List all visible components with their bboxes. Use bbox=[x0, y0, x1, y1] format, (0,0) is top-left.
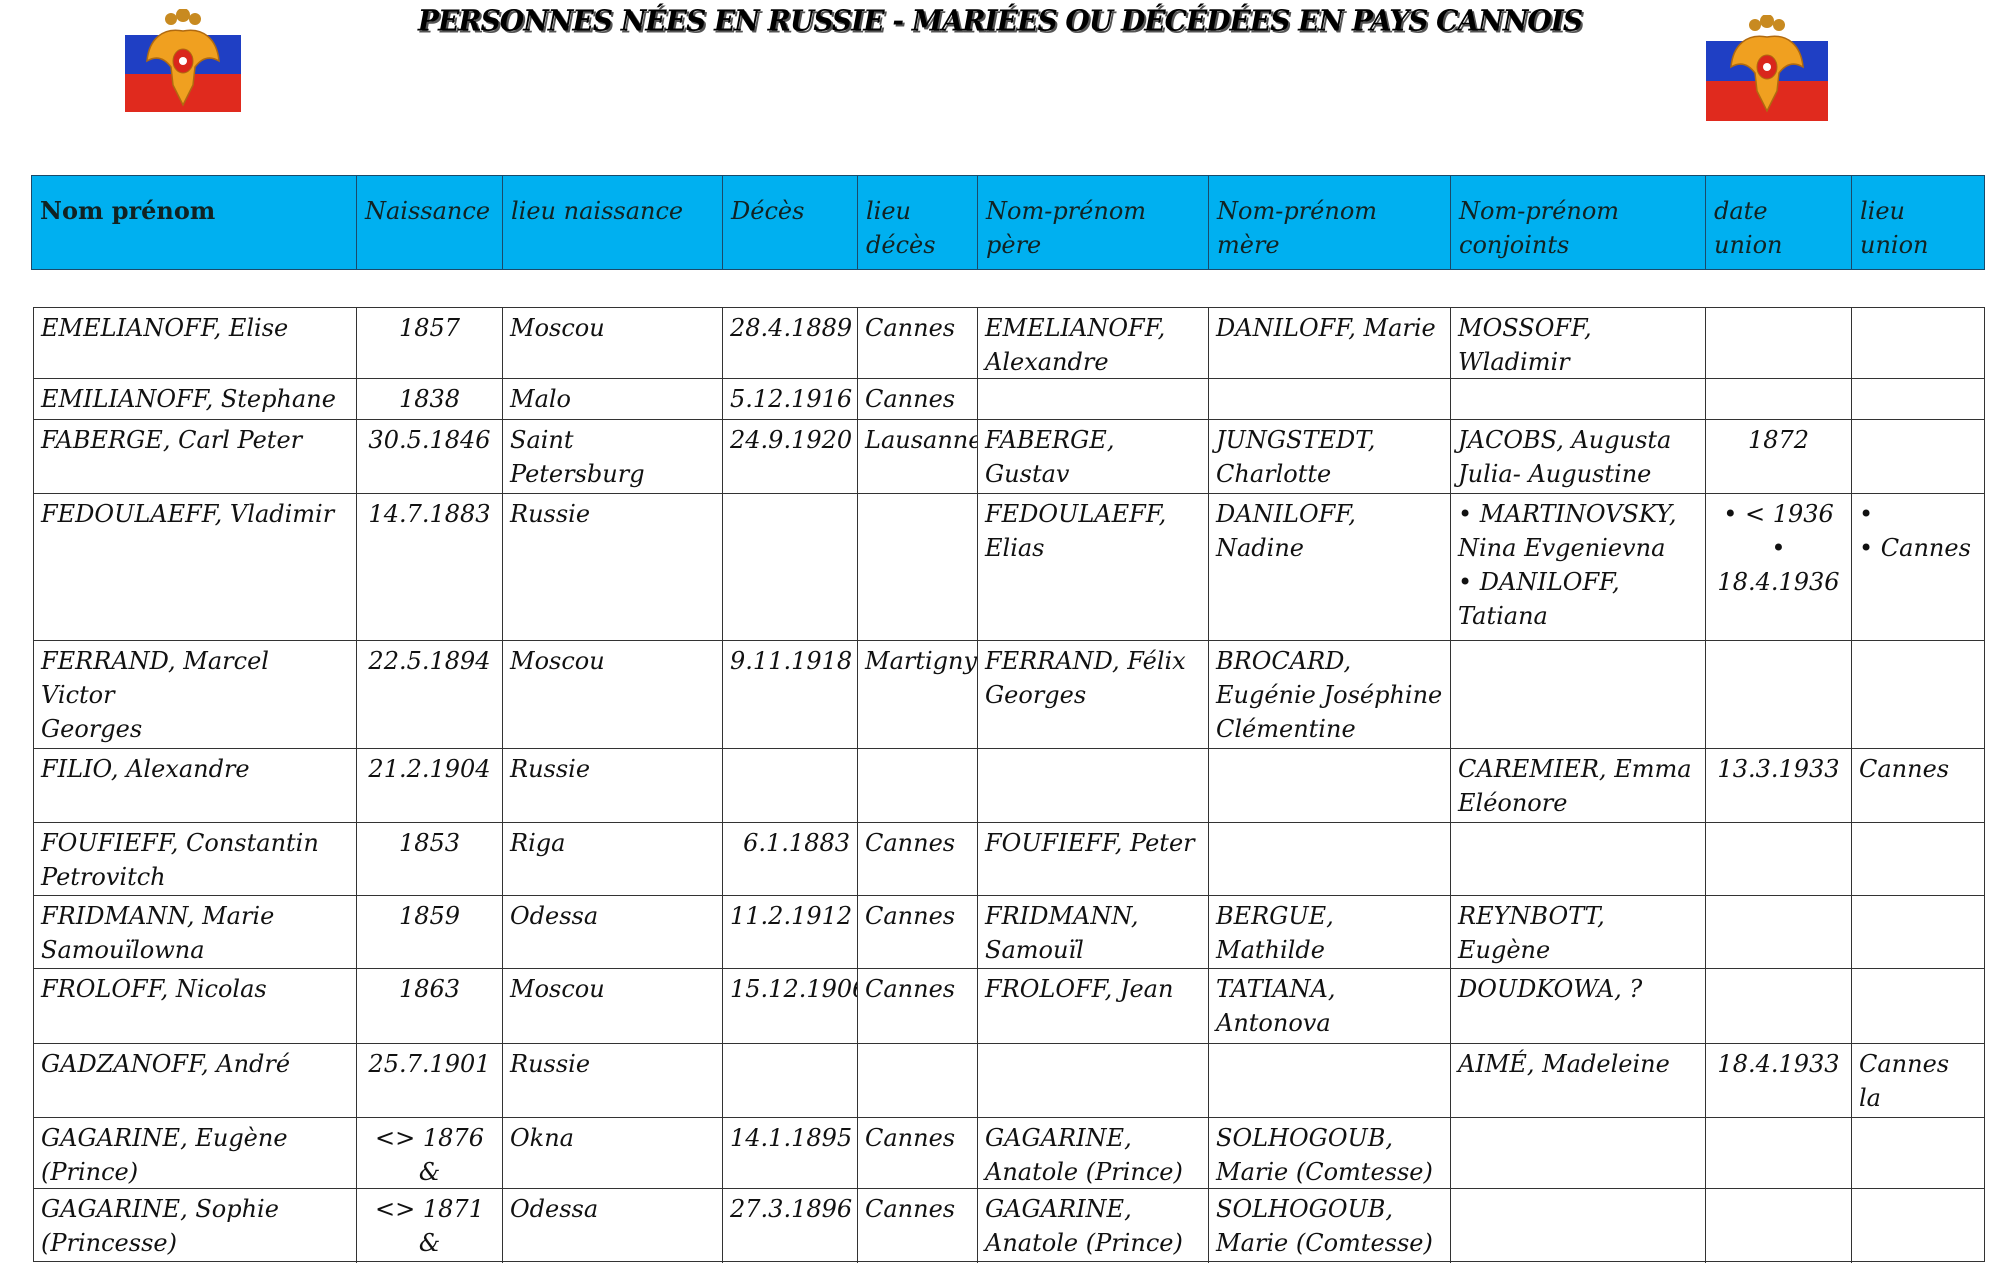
cell-lieu-naissance: Russie bbox=[503, 1044, 723, 1117]
cell-line: 1872 bbox=[1713, 423, 1844, 457]
cell-pere bbox=[978, 379, 1209, 419]
cell-lieu-deces: Cannes bbox=[858, 823, 978, 895]
cell-lieu-naissance: Russie bbox=[503, 749, 723, 822]
cell-lieu-naissance: Russie bbox=[503, 494, 723, 640]
cell-deces bbox=[723, 494, 858, 640]
cell-date-union: 13.3.1933 bbox=[1706, 749, 1852, 822]
cell-naissance: 1859 bbox=[357, 896, 503, 968]
cell-mere: DANILOFF, Nadine bbox=[1209, 494, 1451, 640]
cell-naissance: 25.7.1901 bbox=[357, 1044, 503, 1117]
table-row: EMILIANOFF, Stephane1838Malo Arkangelsck… bbox=[34, 379, 1984, 420]
cell-naissance: <> 1876 & 1877 bbox=[357, 1118, 503, 1188]
cell-nom: GAGARINE, Eugène (Prince) bbox=[34, 1118, 357, 1188]
cell-pere: FERRAND, Félix Georges bbox=[978, 641, 1209, 748]
cell-lieu-union bbox=[1852, 420, 1983, 493]
cell-mere: BROCARD, Eugénie Joséphine Clémentine bbox=[1209, 641, 1451, 748]
cell-line: REYNBOTT, Eugène bbox=[1458, 899, 1698, 967]
cell-nom: FOUFIEFF, Constantin Petrovitch bbox=[34, 823, 357, 895]
cell-conjoints: REYNBOTT, Eugène bbox=[1451, 896, 1706, 968]
cell-mere bbox=[1209, 379, 1451, 419]
cell-date-union bbox=[1706, 379, 1852, 419]
column-header-deces: Décès bbox=[723, 176, 858, 269]
cell-date-union bbox=[1706, 969, 1852, 1043]
cell-deces: 9.11.1918 bbox=[723, 641, 858, 748]
cell-mere: BERGUE, Mathilde bbox=[1209, 896, 1451, 968]
cell-naissance: 14.7.1883 bbox=[357, 494, 503, 640]
cell-mere: TATIANA, Antonova bbox=[1209, 969, 1451, 1043]
cell-line: • DANILOFF, Tatiana bbox=[1458, 565, 1698, 633]
cell-lieu-union bbox=[1852, 969, 1983, 1043]
cell-lieu-deces: Martigny bbox=[858, 641, 978, 748]
cell-line: • Cannes bbox=[1859, 531, 1976, 565]
cell-line: JACOBS, Augusta Julia- Augustine bbox=[1458, 423, 1698, 491]
cell-deces bbox=[723, 1044, 858, 1117]
cell-pere: FRIDMANN, Samouïl bbox=[978, 896, 1209, 968]
cell-naissance: <> 1871 & 1872 bbox=[357, 1189, 503, 1263]
cell-nom: FEDOULAEFF, Vladimir bbox=[34, 494, 357, 640]
cell-conjoints bbox=[1451, 641, 1706, 748]
page-title: PERSONNES NÉES EN RUSSIE - MARIÉES OU DÉ… bbox=[0, 3, 2000, 38]
cell-line: • 18.4.1936 bbox=[1713, 531, 1844, 599]
table-row: GADZANOFF, André25.7.1901RussieAIMÉ, Mad… bbox=[34, 1044, 1984, 1118]
cell-lieu-deces: Cannes bbox=[858, 1189, 978, 1263]
russian-imperial-flag-icon bbox=[125, 35, 241, 112]
column-header-naissance: Naissance bbox=[357, 176, 503, 269]
column-header-lieu-union: lieu union bbox=[1852, 176, 1986, 269]
cell-pere bbox=[978, 1044, 1209, 1117]
cell-lieu-deces bbox=[858, 1044, 978, 1117]
column-header-pere: Nom-prénom père bbox=[978, 176, 1209, 269]
cell-pere: GAGARINE, Anatole (Prince) bbox=[978, 1118, 1209, 1188]
cell-conjoints: JACOBS, Augusta Julia- Augustine bbox=[1451, 420, 1706, 493]
russian-imperial-flag-icon bbox=[1706, 41, 1828, 121]
cell-nom: GAGARINE, Sophie (Princesse) bbox=[34, 1189, 357, 1263]
cell-naissance: 21.2.1904 bbox=[357, 749, 503, 822]
cell-lieu-deces: Cannes bbox=[858, 969, 978, 1043]
cell-lieu-naissance: Moscou bbox=[503, 641, 723, 748]
cell-nom: FILIO, Alexandre bbox=[34, 749, 357, 822]
cell-lieu-deces bbox=[858, 494, 978, 640]
cell-lieu-union bbox=[1852, 1189, 1983, 1263]
cell-line: 13.3.1933 bbox=[1713, 752, 1844, 786]
cell-date-union bbox=[1706, 896, 1852, 968]
cell-line: • MARTINOVSKY, Nina Evgenievna bbox=[1458, 497, 1698, 565]
cell-line: Cannes la Bocca bbox=[1859, 1047, 1976, 1117]
cell-date-union bbox=[1706, 641, 1852, 748]
cell-pere: FROLOFF, Jean bbox=[978, 969, 1209, 1043]
cell-lieu-naissance: Malo Arkangelsck bbox=[503, 379, 723, 419]
cell-lieu-union: Cannes la Bocca bbox=[1852, 1044, 1983, 1117]
cell-mere bbox=[1209, 823, 1451, 895]
column-header-conjoints: Nom-prénom conjoints bbox=[1451, 176, 1706, 269]
cell-line: DOUDKOWA, ? bbox=[1458, 972, 1698, 1006]
cell-naissance: 22.5.1894 bbox=[357, 641, 503, 748]
cell-deces: 11.2.1912 bbox=[723, 896, 858, 968]
cell-mere: JUNGSTEDT, Charlotte bbox=[1209, 420, 1451, 493]
column-header-lieu-deces: lieu décès bbox=[858, 176, 978, 269]
cell-nom: FERRAND, Marcel Victor Georges bbox=[34, 641, 357, 748]
cell-line: • bbox=[1859, 497, 1976, 531]
cell-lieu-union bbox=[1852, 641, 1983, 748]
cell-mere: SOLHOGOUB, Marie (Comtesse) bbox=[1209, 1189, 1451, 1263]
cell-lieu-union bbox=[1852, 308, 1983, 378]
cell-deces: 28.4.1889 bbox=[723, 308, 858, 378]
cell-lieu-naissance: Odessa bbox=[503, 896, 723, 968]
table-row: FABERGE, Carl Peter30.5.1846Saint Peters… bbox=[34, 420, 1984, 494]
cell-mere: SOLHOGOUB, Marie (Comtesse) bbox=[1209, 1118, 1451, 1188]
cell-line: CAREMIER, Emma Eléonore bbox=[1458, 752, 1698, 820]
cell-line: Cannes bbox=[1859, 752, 1976, 786]
column-header-nom: Nom prénom bbox=[32, 176, 357, 269]
cell-lieu-deces: Lausanne bbox=[858, 420, 978, 493]
cell-conjoints bbox=[1451, 823, 1706, 895]
table-row: FERRAND, Marcel Victor Georges22.5.1894M… bbox=[34, 641, 1984, 749]
cell-mere bbox=[1209, 1044, 1451, 1117]
persons-table: EMELIANOFF, Elise1857Moscou28.4.1889Cann… bbox=[33, 307, 1985, 1262]
cell-lieu-deces: Cannes bbox=[858, 896, 978, 968]
cell-naissance: 1838 bbox=[357, 379, 503, 419]
cell-date-union: • < 1936• 18.4.1936 bbox=[1706, 494, 1852, 640]
cell-deces: 27.3.1896 bbox=[723, 1189, 858, 1263]
cell-nom: FRIDMANN, Marie Samouïlowna bbox=[34, 896, 357, 968]
cell-lieu-deces: Cannes bbox=[858, 379, 978, 419]
cell-pere: FABERGE, Gustav Petrovitch bbox=[978, 420, 1209, 493]
cell-conjoints bbox=[1451, 1189, 1706, 1263]
cell-lieu-union bbox=[1852, 823, 1983, 895]
cell-conjoints: MOSSOFF, Wladimir bbox=[1451, 308, 1706, 378]
column-header-lieu-naissance: lieu naissance bbox=[503, 176, 723, 269]
cell-date-union: 1872 bbox=[1706, 420, 1852, 493]
cell-date-union bbox=[1706, 823, 1852, 895]
cell-line: MOSSOFF, Wladimir bbox=[1458, 311, 1698, 378]
cell-deces: 24.9.1920 bbox=[723, 420, 858, 493]
cell-lieu-deces: Cannes bbox=[858, 308, 978, 378]
cell-lieu-deces: Cannes bbox=[858, 1118, 978, 1188]
cell-pere bbox=[978, 749, 1209, 822]
cell-lieu-naissance: Riga bbox=[503, 823, 723, 895]
cell-deces: 15.12.1906 bbox=[723, 969, 858, 1043]
cell-pere: FOUFIEFF, Peter bbox=[978, 823, 1209, 895]
cell-nom: FABERGE, Carl Peter bbox=[34, 420, 357, 493]
cell-lieu-naissance: Okna bbox=[503, 1118, 723, 1188]
cell-lieu-union bbox=[1852, 896, 1983, 968]
cell-conjoints: • MARTINOVSKY, Nina Evgenievna• DANILOFF… bbox=[1451, 494, 1706, 640]
table-header: Nom prénomNaissancelieu naissanceDécèsli… bbox=[31, 175, 1985, 270]
cell-deces: 14.1.1895 bbox=[723, 1118, 858, 1188]
cell-nom: EMILIANOFF, Stephane bbox=[34, 379, 357, 419]
cell-pere: EMELIANOFF, Alexandre bbox=[978, 308, 1209, 378]
cell-date-union bbox=[1706, 1118, 1852, 1188]
cell-conjoints: CAREMIER, Emma Eléonore bbox=[1451, 749, 1706, 822]
cell-nom: GADZANOFF, André bbox=[34, 1044, 357, 1117]
cell-naissance: 1853 bbox=[357, 823, 503, 895]
cell-deces: 6.1.1883 bbox=[723, 823, 858, 895]
cell-naissance: 1857 bbox=[357, 308, 503, 378]
cell-line: 18.4.1933 bbox=[1713, 1047, 1844, 1081]
cell-lieu-union: •• Cannes bbox=[1852, 494, 1983, 640]
cell-date-union: 18.4.1933 bbox=[1706, 1044, 1852, 1117]
table-row: EMELIANOFF, Elise1857Moscou28.4.1889Cann… bbox=[34, 308, 1984, 379]
cell-date-union bbox=[1706, 308, 1852, 378]
cell-date-union bbox=[1706, 1189, 1852, 1263]
table-row: GAGARINE, Eugène (Prince)<> 1876 & 1877O… bbox=[34, 1118, 1984, 1189]
cell-lieu-naissance: Saint Petersburg bbox=[503, 420, 723, 493]
cell-lieu-union: Cannes bbox=[1852, 749, 1983, 822]
cell-pere: FEDOULAEFF, Elias bbox=[978, 494, 1209, 640]
column-header-date-union: date union bbox=[1706, 176, 1852, 269]
cell-deces: 5.12.1916 bbox=[723, 379, 858, 419]
cell-pere: GAGARINE, Anatole (Prince) bbox=[978, 1189, 1209, 1263]
cell-conjoints bbox=[1451, 379, 1706, 419]
cell-lieu-deces bbox=[858, 749, 978, 822]
column-header-mere: Nom-prénom mère bbox=[1209, 176, 1451, 269]
cell-mere bbox=[1209, 749, 1451, 822]
cell-lieu-naissance: Odessa bbox=[503, 1189, 723, 1263]
table-row: FRIDMANN, Marie Samouïlowna1859Odessa11.… bbox=[34, 896, 1984, 969]
table-row: FILIO, Alexandre21.2.1904RussieCAREMIER,… bbox=[34, 749, 1984, 823]
cell-conjoints: DOUDKOWA, ? bbox=[1451, 969, 1706, 1043]
cell-nom: FROLOFF, Nicolas bbox=[34, 969, 357, 1043]
cell-lieu-union bbox=[1852, 379, 1983, 419]
cell-lieu-naissance: Moscou bbox=[503, 969, 723, 1043]
cell-conjoints: AIMÉ, Madeleine bbox=[1451, 1044, 1706, 1117]
table-row: FEDOULAEFF, Vladimir14.7.1883RussieFEDOU… bbox=[34, 494, 1984, 641]
table-row: GAGARINE, Sophie (Princesse)<> 1871 & 18… bbox=[34, 1189, 1984, 1263]
cell-nom: EMELIANOFF, Elise bbox=[34, 308, 357, 378]
cell-lieu-naissance: Moscou bbox=[503, 308, 723, 378]
cell-deces bbox=[723, 749, 858, 822]
cell-naissance: 30.5.1846 bbox=[357, 420, 503, 493]
cell-conjoints bbox=[1451, 1118, 1706, 1188]
table-row: FOUFIEFF, Constantin Petrovitch1853Riga6… bbox=[34, 823, 1984, 896]
table-row: FROLOFF, Nicolas1863Moscou15.12.1906Cann… bbox=[34, 969, 1984, 1044]
cell-naissance: 1863 bbox=[357, 969, 503, 1043]
cell-line: • < 1936 bbox=[1713, 497, 1844, 531]
cell-line: AIMÉ, Madeleine bbox=[1458, 1047, 1698, 1081]
cell-lieu-union bbox=[1852, 1118, 1983, 1188]
cell-mere: DANILOFF, Marie bbox=[1209, 308, 1451, 378]
